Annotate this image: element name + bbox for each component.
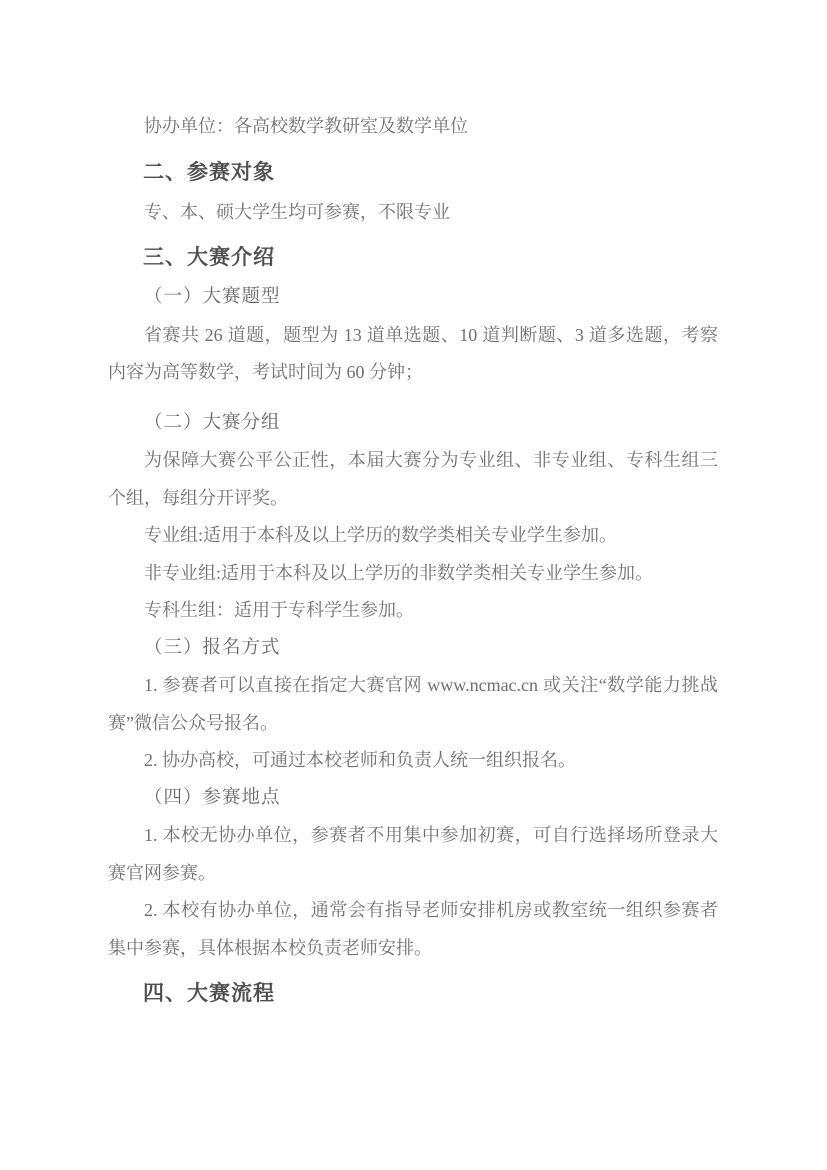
heading-participants: 二、参赛对象: [108, 158, 718, 188]
vocational-group-paragraph: 专科生组：适用于专科学生参加。: [108, 592, 718, 630]
document-content: 协办单位：各高校数学教研室及数学单位 二、参赛对象 专、本、硕大学生均可参赛，不…: [108, 108, 718, 1015]
registration-item-1: 1. 参赛者可以直接在指定大赛官网 www.ncmac.cn 或关注“数学能力挑…: [108, 667, 718, 742]
professional-group-paragraph: 专业组:适用于本科及以上学历的数学类相关专业学生参加。: [108, 517, 718, 555]
question-types-paragraph: 省赛共 26 道题，题型为 13 道单选题、10 道判断题、3 道多选题，考察内…: [108, 317, 718, 392]
non-professional-group-paragraph: 非专业组:适用于本科及以上学历的非数学类相关专业学生参加。: [108, 555, 718, 593]
subheading-location: （四）参赛地点: [108, 780, 718, 818]
co-organizer-paragraph: 协办单位：各高校数学教研室及数学单位: [108, 108, 718, 146]
subheading-groups: （二）大赛分组: [108, 405, 718, 443]
heading-competition-process: 四、大赛流程: [108, 979, 718, 1009]
groups-intro-paragraph: 为保障大赛公平公正性，本届大赛分为专业组、非专业组、专科生组三个组，每组分开评奖…: [108, 442, 718, 517]
heading-competition-intro: 三、大赛介绍: [108, 243, 718, 273]
subheading-registration: （三）报名方式: [108, 630, 718, 668]
participants-paragraph: 专、本、硕大学生均可参赛，不限专业: [108, 194, 718, 232]
document-page: 协办单位：各高校数学教研室及数学单位 二、参赛对象 专、本、硕大学生均可参赛，不…: [0, 0, 827, 1170]
registration-item-2: 2. 协办高校，可通过本校老师和负责人统一组织报名。: [108, 742, 718, 780]
location-item-1: 1. 本校无协办单位，参赛者不用集中参加初赛，可自行选择场所登录大赛官网参赛。: [108, 817, 718, 892]
location-item-2: 2. 本校有协办单位，通常会有指导老师安排机房或教室统一组织参赛者集中参赛，具体…: [108, 892, 718, 967]
subheading-question-types: （一）大赛题型: [108, 279, 718, 317]
